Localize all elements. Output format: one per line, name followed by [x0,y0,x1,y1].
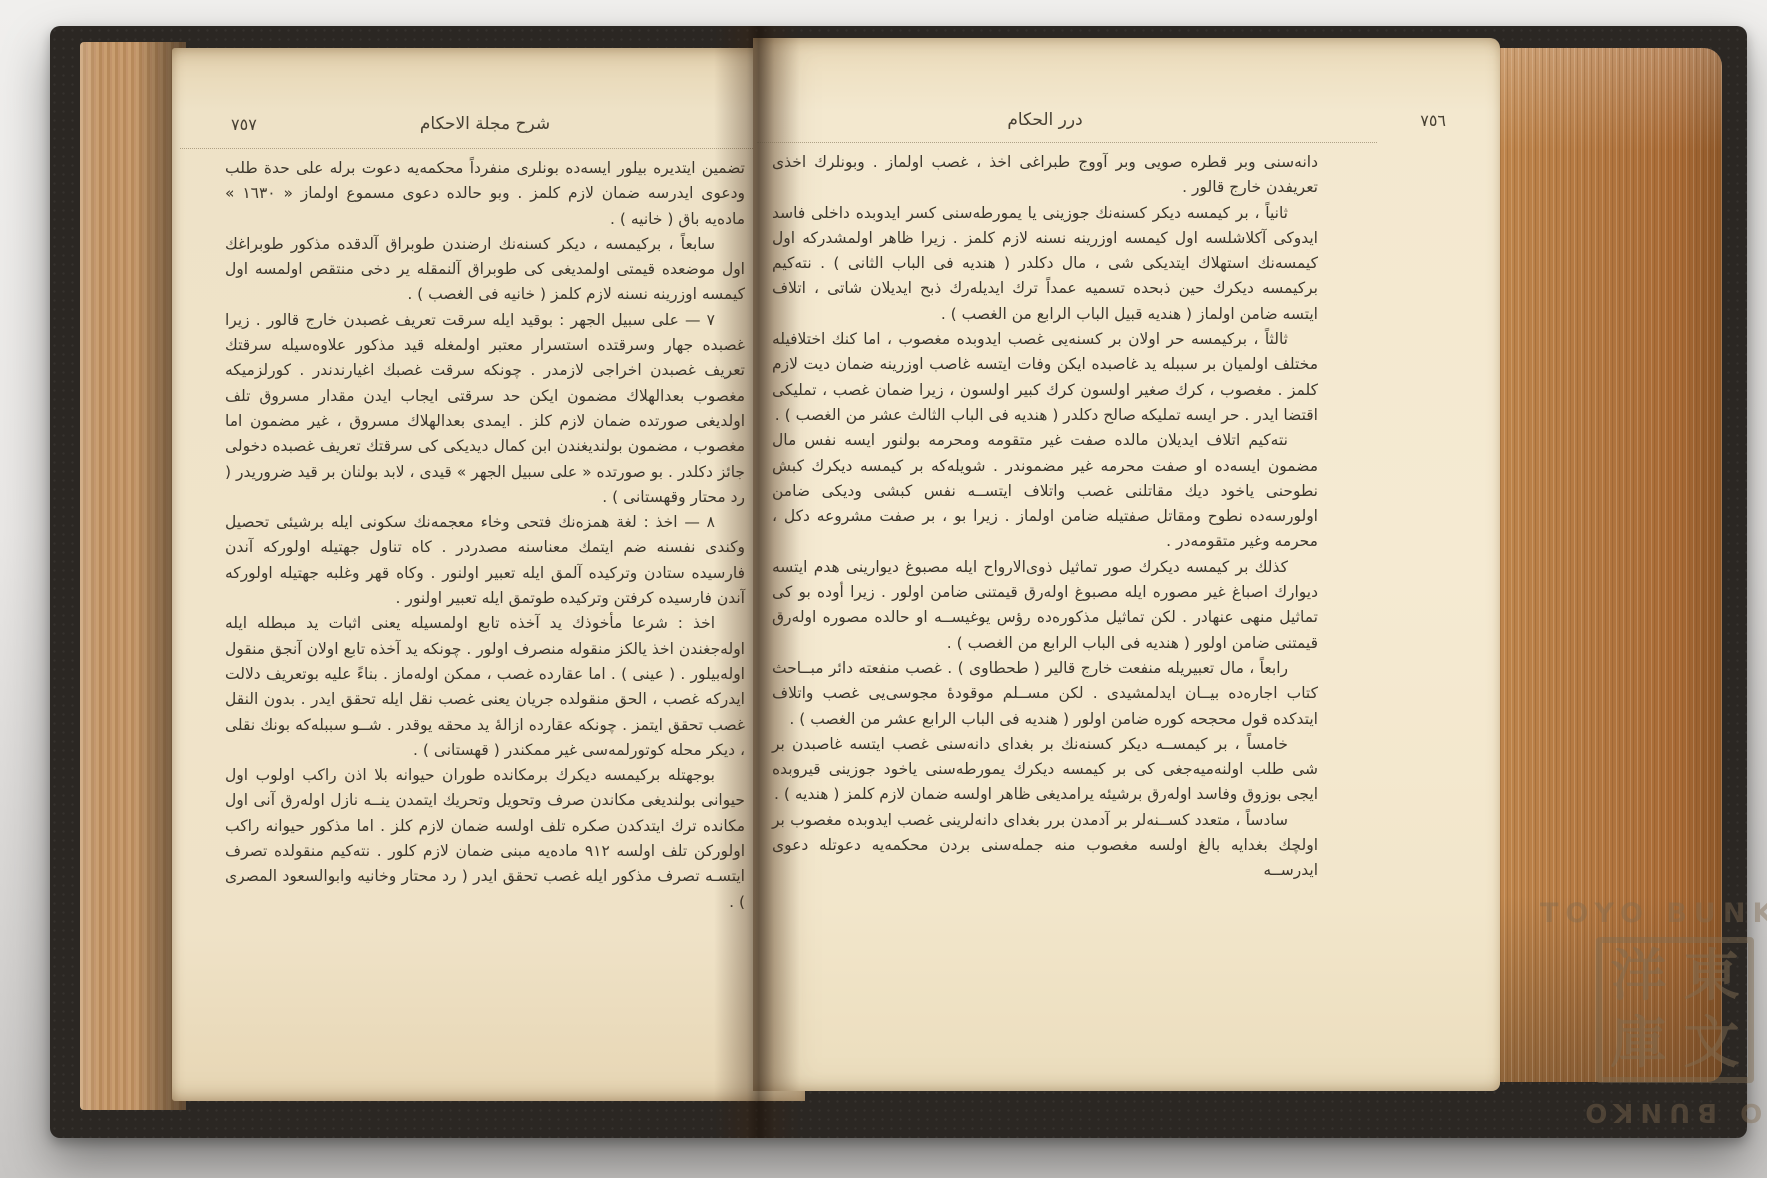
right-page-number: ٧٥٦ [1420,111,1446,130]
right-page: ٧٥٦ درر الحكام دانه‌سنى وبر قطره صويى وب… [753,38,1500,1091]
paragraph: نته‌كيم اتلاف ايديلان مالده صفت غير متقو… [772,428,1318,554]
paragraph: ثانياً ، بر كيمسه ديكر كسنه‌نك جوزينى يا… [772,201,1318,327]
paragraph: رابعاً ، مال تعبيريله منفعت خارج قالير (… [772,656,1318,732]
left-header-rule [180,148,795,149]
left-page-header: ٧٥٧ شرح مجلة الاحكام [225,114,745,140]
left-page-text: تضمين ايتديره بيلور ايسه‌ده بونلرى منفرد… [225,156,745,915]
right-page-text: دانه‌سنى وبر قطره صويى وبر آووج طبراغى ا… [772,150,1318,884]
book-photo: ٧٥٧ شرح مجلة الاحكام تضمين ايتديره بيلور… [0,0,1767,1178]
paragraph: ٨ — اخذ : لغة همزه‌نك فتحى وخاء معجمه‌نك… [225,510,745,611]
left-page-number: ٧٥٧ [231,115,257,134]
paragraph: بوجهتله بركيمسه ديكرك برمكانده طوران حيو… [225,763,745,915]
paragraph: كذلك بر كيمسه ديكرك صور تماثيل ذوى‌الارو… [772,555,1318,656]
page-edge-striations [1500,48,1722,1082]
paragraph: سابعاً ، بركيمسه ، ديكر كسنه‌نك ارضندن ط… [225,232,745,308]
left-page: ٧٥٧ شرح مجلة الاحكام تضمين ايتديره بيلور… [172,48,805,1101]
right-page-header: ٧٥٦ درر الحكام [772,110,1318,136]
paragraph: ثالثاً ، بركيمسه حر اولان بر كسنه‌يى غصب… [772,327,1318,428]
right-header-rule [757,142,1377,143]
left-running-title: شرح مجلة الاحكام [225,114,745,134]
right-page-stack-edge [1500,48,1722,1082]
open-book: ٧٥٧ شرح مجلة الاحكام تضمين ايتديره بيلور… [50,26,1747,1138]
paragraph: اخذ : شرعا مأخوذك يد آخذه تابع اولمسيله … [225,611,745,763]
paragraph: دانه‌سنى وبر قطره صويى وبر آووج طبراغى ا… [772,150,1318,201]
paragraph: ٧ — على سبيل الجهر : بوقيد ايله سرقت تعر… [225,308,745,510]
right-running-title: درر الحكام [772,110,1318,130]
paragraph: تضمين ايتديره بيلور ايسه‌ده بونلرى منفرد… [225,156,745,232]
paragraph: خامساً ، بر كيمســه ديكر كسنه‌نك بر بغدا… [772,732,1318,808]
paragraph: سادساً ، متعدد كســنه‌لر بر آدمدن برر بغ… [772,808,1318,884]
left-page-stack-edge [80,42,186,1110]
